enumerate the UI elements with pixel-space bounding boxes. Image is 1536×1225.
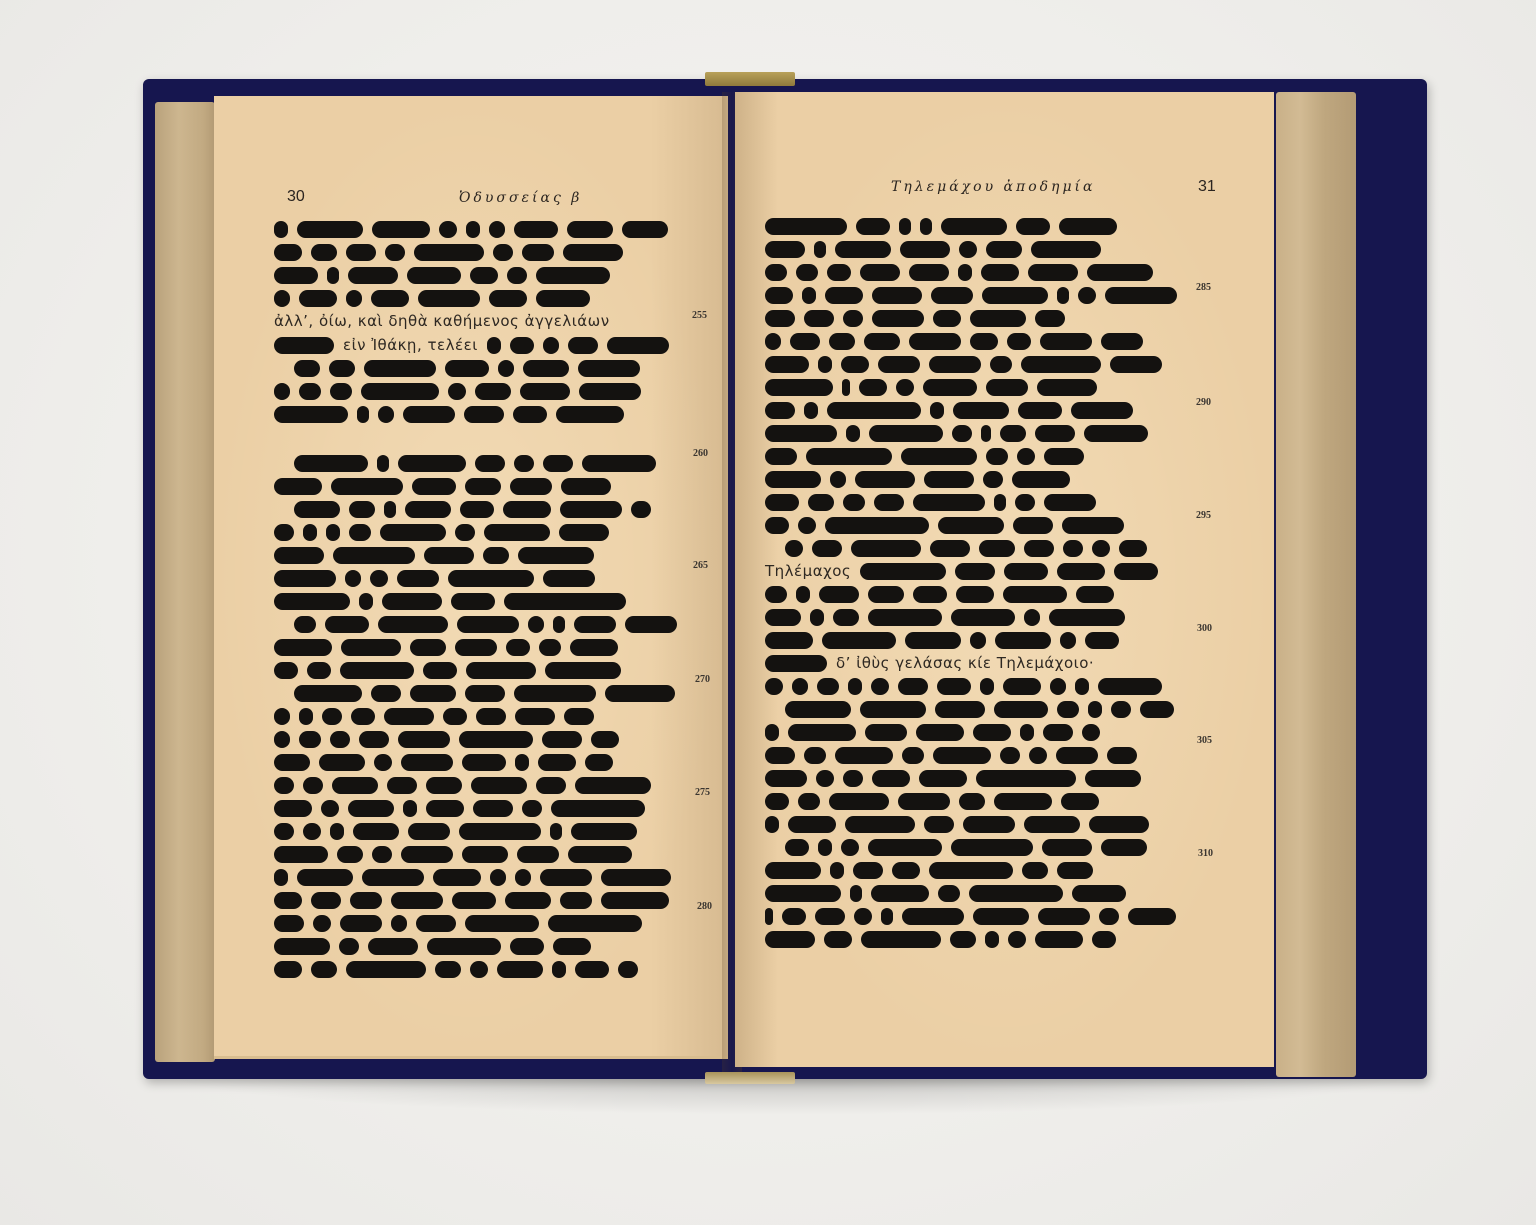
redaction-bar: [372, 221, 430, 238]
redaction-bar: [983, 471, 1003, 488]
redaction-bar: [552, 961, 566, 978]
redaction-bar: [765, 586, 787, 603]
redaction-bar: [350, 892, 382, 909]
text-line-partially-redacted: εἰν Ἰθάκῃ, τελέει: [274, 336, 669, 354]
redaction-bar: [274, 547, 324, 564]
text-line-redacted: [765, 769, 1141, 787]
redaction-bar: [364, 360, 436, 377]
redaction-bar: [817, 678, 839, 695]
redaction-bar: [1092, 931, 1116, 948]
redaction-bar: [1098, 678, 1162, 695]
text-line-redacted: [765, 240, 1101, 258]
redaction-bar: [560, 501, 622, 518]
redaction-bar: [930, 540, 970, 557]
redaction-bar: [1037, 379, 1097, 396]
redaction-bar: [465, 915, 539, 932]
redaction-bar: [841, 356, 869, 373]
redaction-bar: [1020, 724, 1034, 741]
redaction-bar: [1057, 701, 1079, 718]
line-number: 305: [1197, 735, 1212, 746]
redaction-bar: [591, 731, 619, 748]
redaction-bar: [575, 777, 651, 794]
redaction-bar: [398, 731, 450, 748]
redaction-bar: [830, 862, 844, 879]
redaction-bar: [865, 724, 907, 741]
redaction-bar: [505, 892, 551, 909]
redaction-bar: [490, 869, 506, 886]
redaction-bar: [274, 383, 290, 400]
redaction-bar: [340, 662, 414, 679]
redaction-bar: [1050, 678, 1066, 695]
redaction-bar: [833, 609, 859, 626]
redaction-bar: [1140, 701, 1174, 718]
redaction-bar: [765, 333, 781, 350]
redaction-bar: [274, 478, 322, 495]
redaction-bar: [274, 267, 318, 284]
redaction-bar: [835, 747, 893, 764]
redaction-bar: [765, 747, 795, 764]
redaction-bar: [414, 244, 484, 261]
redaction-bar: [1060, 632, 1076, 649]
redaction-bar: [901, 448, 977, 465]
redaction-bar: [410, 639, 446, 656]
redaction-bar: [1085, 632, 1119, 649]
redaction-bar: [1044, 448, 1084, 465]
redaction-bar: [804, 310, 834, 327]
redaction-bar: [765, 770, 807, 787]
redaction-bar: [899, 218, 911, 235]
redaction-bar: [346, 290, 362, 307]
text-line-redacted: [274, 661, 621, 679]
redaction-bar: [322, 708, 342, 725]
line-number: 255: [692, 310, 707, 321]
redaction-bar: [1024, 540, 1054, 557]
redaction-bar: [299, 708, 313, 725]
text-line-redacted: [274, 845, 632, 863]
redaction-bar: [798, 517, 816, 534]
redaction-bar: [401, 846, 453, 863]
redaction-bar: [362, 869, 424, 886]
redaction-bar: [540, 869, 592, 886]
redaction-bar: [303, 524, 317, 541]
redaction-bar: [938, 885, 960, 902]
redaction-bar: [522, 244, 554, 261]
redaction-bar: [792, 678, 808, 695]
redaction-bar: [937, 678, 971, 695]
redaction-bar: [539, 639, 561, 656]
redaction-bar: [825, 287, 863, 304]
redaction-bar: [951, 609, 1015, 626]
redaction-bar: [881, 908, 893, 925]
redaction-bar: [1071, 402, 1133, 419]
visible-phrase: Τηλέμαχος: [765, 562, 851, 580]
redaction-bar: [462, 846, 508, 863]
redaction-bar: [423, 662, 457, 679]
redaction-bar: [973, 724, 1011, 741]
page-number-left: 30: [287, 188, 305, 206]
redaction-bar: [403, 800, 417, 817]
visible-phrase: δ’ ἰθὺς γελάσας κίε Τηλεμάχοιο·: [836, 654, 1094, 672]
text-line-redacted: [274, 753, 613, 771]
redaction-bar: [571, 823, 637, 840]
running-head-right: Τηλεμάχου ἀποδημία: [891, 179, 1095, 195]
redaction-bar: [990, 356, 1012, 373]
redaction-bar: [853, 862, 883, 879]
text-line-redacted: [765, 608, 1125, 626]
redaction-bar: [1059, 218, 1117, 235]
text-line-redacted: [765, 884, 1126, 902]
redaction-bar: [564, 708, 594, 725]
redaction-bar: [905, 632, 961, 649]
redaction-bar: [872, 287, 922, 304]
redaction-bar: [297, 869, 353, 886]
redaction-bar: [874, 494, 904, 511]
text-line-redacted: [765, 378, 1097, 396]
redaction-bar: [568, 337, 598, 354]
redaction-bar: [435, 961, 461, 978]
redaction-bar: [459, 731, 533, 748]
redaction-bar: [1049, 609, 1125, 626]
redaction-bar: [956, 586, 994, 603]
redaction-bar: [765, 287, 793, 304]
redaction-bar: [909, 264, 949, 281]
redaction-bar: [1061, 793, 1099, 810]
redaction-bar: [929, 862, 1013, 879]
spine-tailband: [705, 1072, 795, 1084]
line-number: 260: [693, 448, 708, 459]
redaction-bar: [864, 333, 900, 350]
redaction-bar: [510, 337, 534, 354]
redaction-bar: [854, 908, 872, 925]
redaction-bar: [788, 724, 856, 741]
text-line-partially-redacted: δ’ ἰθὺς γελάσας κίε Τηλεμάχοιο·: [765, 654, 1094, 672]
redaction-bar: [579, 383, 641, 400]
redaction-bar: [843, 494, 865, 511]
redaction-bar: [274, 846, 328, 863]
redaction-bar: [570, 639, 618, 656]
redaction-bar: [445, 360, 489, 377]
redaction-bar: [827, 264, 851, 281]
redaction-bar: [377, 455, 389, 472]
redaction-bar: [553, 938, 591, 955]
redaction-bar: [455, 524, 475, 541]
redaction-bar: [319, 754, 365, 771]
redaction-bar: [765, 425, 837, 442]
redaction-bar: [812, 540, 842, 557]
text-line-redacted: [274, 592, 626, 610]
redaction-bar: [523, 360, 569, 377]
text-line-redacted: [785, 700, 1174, 718]
redaction-bar: [489, 290, 527, 307]
redaction-bar: [765, 471, 821, 488]
text-line-redacted: [765, 401, 1133, 419]
redaction-bar: [605, 685, 675, 702]
redaction-bar: [825, 517, 929, 534]
redaction-bar: [439, 221, 457, 238]
redaction-bar: [970, 632, 986, 649]
redaction-bar: [483, 547, 509, 564]
redaction-bar: [941, 218, 1007, 235]
redaction-bar: [382, 593, 442, 610]
text-line-redacted: [765, 516, 1124, 534]
redaction-bar: [506, 639, 530, 656]
redaction-bar: [601, 892, 669, 909]
redaction-bar: [1062, 517, 1124, 534]
redaction-bar: [299, 383, 321, 400]
redaction-bar: [1012, 471, 1070, 488]
redaction-bar: [1057, 563, 1105, 580]
redaction-bar: [550, 823, 562, 840]
text-line-redacted: [765, 677, 1162, 695]
redaction-bar: [841, 839, 859, 856]
visible-phrase: ἀλλ’, ὀίω, καὶ δηθὰ καθήμενος ἀγγελιάων: [274, 312, 610, 330]
text-line-redacted: [765, 631, 1119, 649]
line-number: 285: [1196, 282, 1211, 293]
redaction-bar: [274, 639, 332, 656]
text-line-redacted: [785, 539, 1147, 557]
redaction-bar: [1021, 356, 1101, 373]
redaction-bar: [842, 379, 850, 396]
redaction-bar: [545, 662, 621, 679]
redaction-bar: [297, 221, 363, 238]
redaction-bar: [274, 938, 330, 955]
redaction-bar: [896, 379, 914, 396]
redaction-bar: [1000, 425, 1026, 442]
redaction-bar: [299, 290, 337, 307]
text-line-redacted: [294, 359, 640, 377]
redaction-bar: [1119, 540, 1147, 557]
redaction-bar: [337, 846, 363, 863]
redaction-bar: [274, 406, 348, 423]
text-line-redacted: [765, 815, 1149, 833]
redaction-bar: [970, 310, 1026, 327]
redaction-bar: [340, 915, 382, 932]
spine-headband: [705, 72, 795, 86]
redaction-bar: [785, 839, 809, 856]
text-line-redacted: [274, 868, 671, 886]
redaction-bar: [970, 333, 998, 350]
redaction-bar: [563, 244, 623, 261]
redaction-bar: [274, 961, 302, 978]
redaction-bar: [452, 892, 496, 909]
redaction-bar: [765, 678, 783, 695]
line-number: 265: [693, 560, 708, 571]
redaction-bar: [868, 586, 904, 603]
redaction-bar: [528, 616, 544, 633]
text-line-redacted: [765, 217, 1117, 235]
redaction-bar: [1040, 333, 1092, 350]
redaction-bar: [503, 501, 551, 518]
text-line-redacted: [765, 447, 1084, 465]
redaction-bar: [969, 885, 1063, 902]
redaction-bar: [790, 333, 820, 350]
redaction-bar: [850, 885, 862, 902]
text-line-redacted: [294, 454, 656, 472]
redaction-bar: [341, 639, 401, 656]
redaction-bar: [582, 455, 656, 472]
redaction-bar: [1128, 908, 1176, 925]
redaction-bar: [346, 961, 426, 978]
redaction-bar: [859, 379, 887, 396]
line-number: 300: [1197, 623, 1212, 634]
redaction-bar: [981, 425, 991, 442]
redaction-bar: [294, 616, 316, 633]
redaction-bar: [473, 800, 513, 817]
redaction-bar: [497, 961, 543, 978]
redaction-bar: [822, 632, 896, 649]
redaction-bar: [514, 685, 596, 702]
redaction-bar: [397, 570, 439, 587]
redaction-bar: [830, 471, 846, 488]
redaction-bar: [765, 379, 833, 396]
redaction-bar: [872, 770, 910, 787]
redaction-bar: [1078, 287, 1096, 304]
redaction-bar: [361, 383, 439, 400]
redaction-bar: [898, 678, 928, 695]
redaction-bar: [1003, 586, 1067, 603]
redaction-bar: [933, 310, 961, 327]
text-line-redacted: [765, 332, 1143, 350]
redaction-bar: [765, 885, 841, 902]
redaction-bar: [765, 494, 799, 511]
redaction-bar: [846, 425, 860, 442]
redaction-bar: [929, 356, 981, 373]
redaction-bar: [470, 267, 498, 284]
redaction-bar: [384, 708, 434, 725]
redaction-bar: [765, 609, 801, 626]
redaction-bar: [510, 938, 544, 955]
redaction-bar: [804, 747, 826, 764]
redaction-bar: [1018, 402, 1062, 419]
redaction-bar: [536, 290, 590, 307]
redaction-bar: [824, 931, 852, 948]
redaction-bar: [475, 455, 505, 472]
redaction-bar: [274, 662, 298, 679]
redaction-bar: [981, 264, 1019, 281]
redaction-bar: [387, 777, 417, 794]
redaction-bar: [765, 402, 795, 419]
redaction-bar: [407, 267, 461, 284]
redaction-bar: [374, 754, 392, 771]
redaction-bar: [765, 862, 821, 879]
line-number: 295: [1196, 510, 1211, 521]
redaction-bar: [303, 823, 321, 840]
redaction-bar: [994, 701, 1048, 718]
redaction-bar: [959, 793, 985, 810]
redaction-bar: [860, 264, 900, 281]
redaction-bar: [371, 290, 409, 307]
redaction-bar: [765, 816, 779, 833]
text-line-redacted: [294, 500, 651, 518]
redaction-bar: [353, 823, 399, 840]
redaction-bar: [274, 524, 294, 541]
redaction-bar: [607, 337, 669, 354]
redaction-bar: [560, 892, 592, 909]
redaction-bar: [913, 494, 985, 511]
redaction-bar: [274, 290, 290, 307]
redaction-bar: [1007, 333, 1031, 350]
redaction-bar: [931, 287, 973, 304]
redaction-bar: [765, 241, 805, 258]
redaction-bar: [818, 356, 832, 373]
redaction-bar: [410, 685, 456, 702]
text-line-redacted: [274, 243, 623, 261]
text-line-redacted: [274, 266, 610, 284]
redaction-bar: [938, 517, 1004, 534]
redaction-bar: [923, 379, 977, 396]
redaction-bar: [348, 267, 398, 284]
redaction-bar: [845, 816, 915, 833]
redaction-bar: [625, 616, 677, 633]
redaction-bar: [1024, 816, 1080, 833]
redaction-bar: [1089, 816, 1149, 833]
redaction-bar: [518, 547, 594, 564]
redaction-bar: [466, 662, 536, 679]
redaction-bar: [622, 221, 668, 238]
redaction-bar: [574, 616, 616, 633]
redaction-bar: [313, 915, 331, 932]
redaction-bar: [601, 869, 671, 886]
text-line-redacted: [294, 684, 675, 702]
redaction-bar: [538, 754, 576, 771]
redaction-bar: [448, 570, 534, 587]
text-line-redacted: [274, 707, 594, 725]
redaction-bar: [455, 639, 497, 656]
text-line-redacted: [274, 220, 668, 238]
redaction-bar: [462, 754, 506, 771]
redaction-bar: [339, 938, 359, 955]
redaction-bar: [274, 570, 336, 587]
redaction-bar: [869, 425, 943, 442]
right-page-block-edge: [1276, 92, 1356, 1077]
redaction-bar: [1111, 701, 1131, 718]
visible-phrase: εἰν Ἰθάκῃ, τελέει: [343, 336, 478, 354]
text-line-redacted: [765, 355, 1162, 373]
text-line-redacted: [765, 907, 1176, 925]
redaction-bar: [1082, 724, 1100, 741]
redaction-bar: [330, 731, 350, 748]
text-line-redacted: [765, 585, 1114, 603]
redaction-bar: [860, 701, 926, 718]
redaction-bar: [829, 333, 855, 350]
redaction-bar: [782, 908, 806, 925]
redaction-bar: [829, 793, 889, 810]
redaction-bar: [504, 593, 626, 610]
text-line-redacted: [765, 861, 1093, 879]
redaction-bar: [370, 570, 388, 587]
line-number: 275: [695, 787, 710, 798]
redaction-bar: [351, 708, 375, 725]
redaction-bar: [1024, 609, 1040, 626]
redaction-bar: [860, 563, 946, 580]
redaction-bar: [311, 244, 337, 261]
redaction-bar: [796, 264, 818, 281]
redaction-bar: [460, 501, 494, 518]
redaction-bar: [427, 938, 501, 955]
text-line-redacted: [765, 930, 1116, 948]
redaction-bar: [916, 724, 964, 741]
redaction-bar: [371, 685, 401, 702]
redaction-bar: [274, 754, 310, 771]
redaction-bar: [848, 678, 862, 695]
redaction-bar: [1063, 540, 1083, 557]
text-line-redacted: [294, 615, 677, 633]
redaction-bar: [470, 961, 488, 978]
redaction-bar: [856, 218, 890, 235]
text-line-redacted: [765, 792, 1099, 810]
redaction-bar: [909, 333, 961, 350]
redaction-bar: [986, 448, 1008, 465]
